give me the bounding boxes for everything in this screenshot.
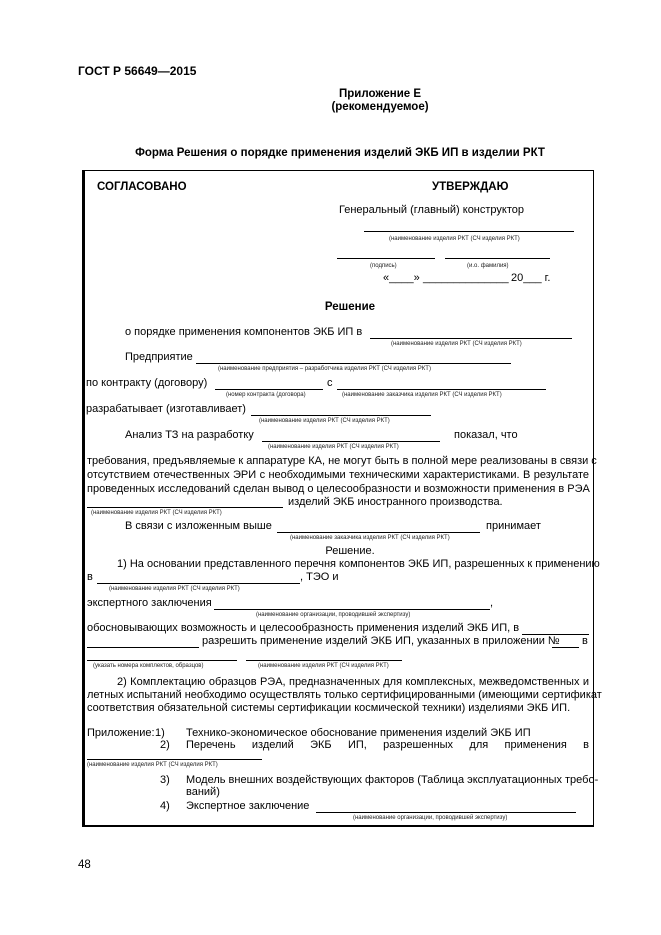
item2-line3: соответствия обязательной системы сертиф… <box>87 702 570 714</box>
paragraph-line-1: требования, предъявляемые к аппаратуре К… <box>87 455 589 467</box>
item2-line1: 2) Комплектацию образцов РЭА, предназнач… <box>117 676 589 688</box>
expert-org-field-2[interactable] <box>316 812 576 813</box>
analysis-label: Анализ ТЗ на разработку <box>125 429 254 441</box>
attachment-1-num: 1) <box>155 727 165 739</box>
date-day-field[interactable]: «____» <box>383 272 420 284</box>
in-view-end: принимает <box>486 520 541 532</box>
item2-line2: летных испытаний необходимо осуществлять… <box>87 689 589 701</box>
attachment-3-num: 3) <box>160 774 170 786</box>
attachment-2-text: Перечень изделий ЭКБ ИП, разрешенных для… <box>186 739 589 751</box>
position-label: Генеральный (главный) конструктор <box>339 204 524 216</box>
develops-label: разрабатывает (изготавливает) <box>86 403 246 415</box>
analysis-end: показал, что <box>454 429 518 441</box>
decision-subtitle: Решение. <box>300 545 400 557</box>
product-field-2[interactable] <box>97 583 300 584</box>
sets-field-2[interactable] <box>87 660 237 661</box>
appendix-type: (рекомендуемое) <box>230 101 530 113</box>
agreed-label: СОГЛАСОВАНО <box>97 181 187 193</box>
analysis-caption: (наименование изделия РКТ (СЧ изделия РК… <box>268 444 399 450</box>
decision-line1: о порядке применения компонентов ЭКБ ИП … <box>125 326 362 338</box>
product-field[interactable] <box>364 231 574 232</box>
customer-caption: (наименование заказчика изделия РКТ (СЧ … <box>342 392 502 398</box>
signature-caption: (подпись) <box>370 263 397 269</box>
paragraph-line-3: проведенных исследований сделан вывод о … <box>87 483 589 495</box>
develops-field[interactable] <box>251 415 431 416</box>
caption-1: (наименование изделия РКТ (СЧ изделия РК… <box>391 341 522 347</box>
customer-caption-2: (наименование заказчика изделия РКТ (СЧ … <box>290 535 450 541</box>
decision-title: Решение <box>300 301 400 313</box>
sets-field[interactable] <box>87 647 199 648</box>
date-year-field[interactable]: 20___ г. <box>511 272 550 284</box>
signature-field[interactable] <box>337 258 435 259</box>
in-view-label: В связи с изложенным выше <box>125 520 272 532</box>
expert-label: экспертного заключения <box>87 597 212 609</box>
item1-line1: 1) На основании представленного перечня … <box>117 558 589 570</box>
attachment-3-text2: ваний) <box>186 786 220 798</box>
appendix-label: Приложение Е <box>230 88 530 100</box>
product-field-4[interactable] <box>246 660 402 661</box>
enterprise-field[interactable] <box>196 363 511 364</box>
sets-caption: (указать номера комплектов, образцов) <box>93 663 203 669</box>
product-caption: (наименование изделия РКТ (СЧ изделия РК… <box>389 236 520 242</box>
enterprise-caption: (наименование предприятия – разработчика… <box>218 366 431 372</box>
contract-number-field[interactable] <box>215 389 323 390</box>
item1-in: в <box>87 571 93 583</box>
name-field[interactable] <box>445 258 550 259</box>
standard-number: ГОСТ Р 56649—2015 <box>78 64 196 78</box>
rea-field[interactable] <box>87 507 283 508</box>
page-number: 48 <box>78 859 91 871</box>
paragraph-line-4: изделий ЭКБ иностранного производства. <box>288 496 503 508</box>
date-month-field[interactable]: ______________ <box>423 272 509 284</box>
attachments-label: Приложение: <box>87 727 155 739</box>
product-field-1[interactable] <box>370 338 572 339</box>
item1-line5: разрешить применение изделий ЭКБ ИП, ука… <box>202 635 560 647</box>
expert-org-field[interactable] <box>214 609 490 610</box>
form-title: Форма Решения о порядке применения издел… <box>60 147 620 159</box>
item1-line4: обосновывающих возможность и целесообраз… <box>87 622 519 634</box>
expert-caption: (наименование организации, проводившей э… <box>256 612 410 618</box>
product-caption-2: (наименование изделия РКТ (СЧ изделия РК… <box>109 586 240 592</box>
item1-teo: , ТЭО и <box>300 571 339 583</box>
product-field-5[interactable] <box>87 759 262 760</box>
customer-field[interactable] <box>337 389 546 390</box>
develops-caption: (наименование изделия РКТ (СЧ изделия РК… <box>259 418 390 424</box>
attachment-4-text: Экспертное заключение <box>186 800 309 812</box>
item1-line5-end: в <box>582 635 588 647</box>
contract-label: по контракту (договору) <box>86 377 207 389</box>
enterprise-label: Предприятие <box>125 351 193 363</box>
name-caption: (и.о. фамилия) <box>467 263 509 269</box>
paragraph-line-2: отсутствием отечественных ЭРИ с необходи… <box>87 469 589 481</box>
attachment-2-num: 2) <box>160 739 170 751</box>
attachment-1-text: Технико-экономическое обоснование примен… <box>186 727 531 739</box>
customer-field-2[interactable] <box>277 532 480 533</box>
analysis-field[interactable] <box>262 441 440 442</box>
contract-caption: (номер контракта (договора) <box>226 392 306 398</box>
expert-caption-2: (наименование организации, проводившей э… <box>353 815 507 821</box>
appendix-number-field[interactable] <box>552 647 579 648</box>
attachment-4-num: 4) <box>160 800 170 812</box>
attachment-3-text: Модель внешних воздействующих факторов (… <box>186 774 598 786</box>
rea-caption: (наименование изделия РКТ (СЧ изделия РК… <box>91 510 222 516</box>
contract-with: с <box>327 377 333 389</box>
product-caption-4: (наименование изделия РКТ (СЧ изделия РК… <box>258 663 389 669</box>
product-caption-5: (наименование изделия РКТ (СЧ изделия РК… <box>87 762 218 768</box>
approve-label: УТВЕРЖДАЮ <box>432 181 508 193</box>
